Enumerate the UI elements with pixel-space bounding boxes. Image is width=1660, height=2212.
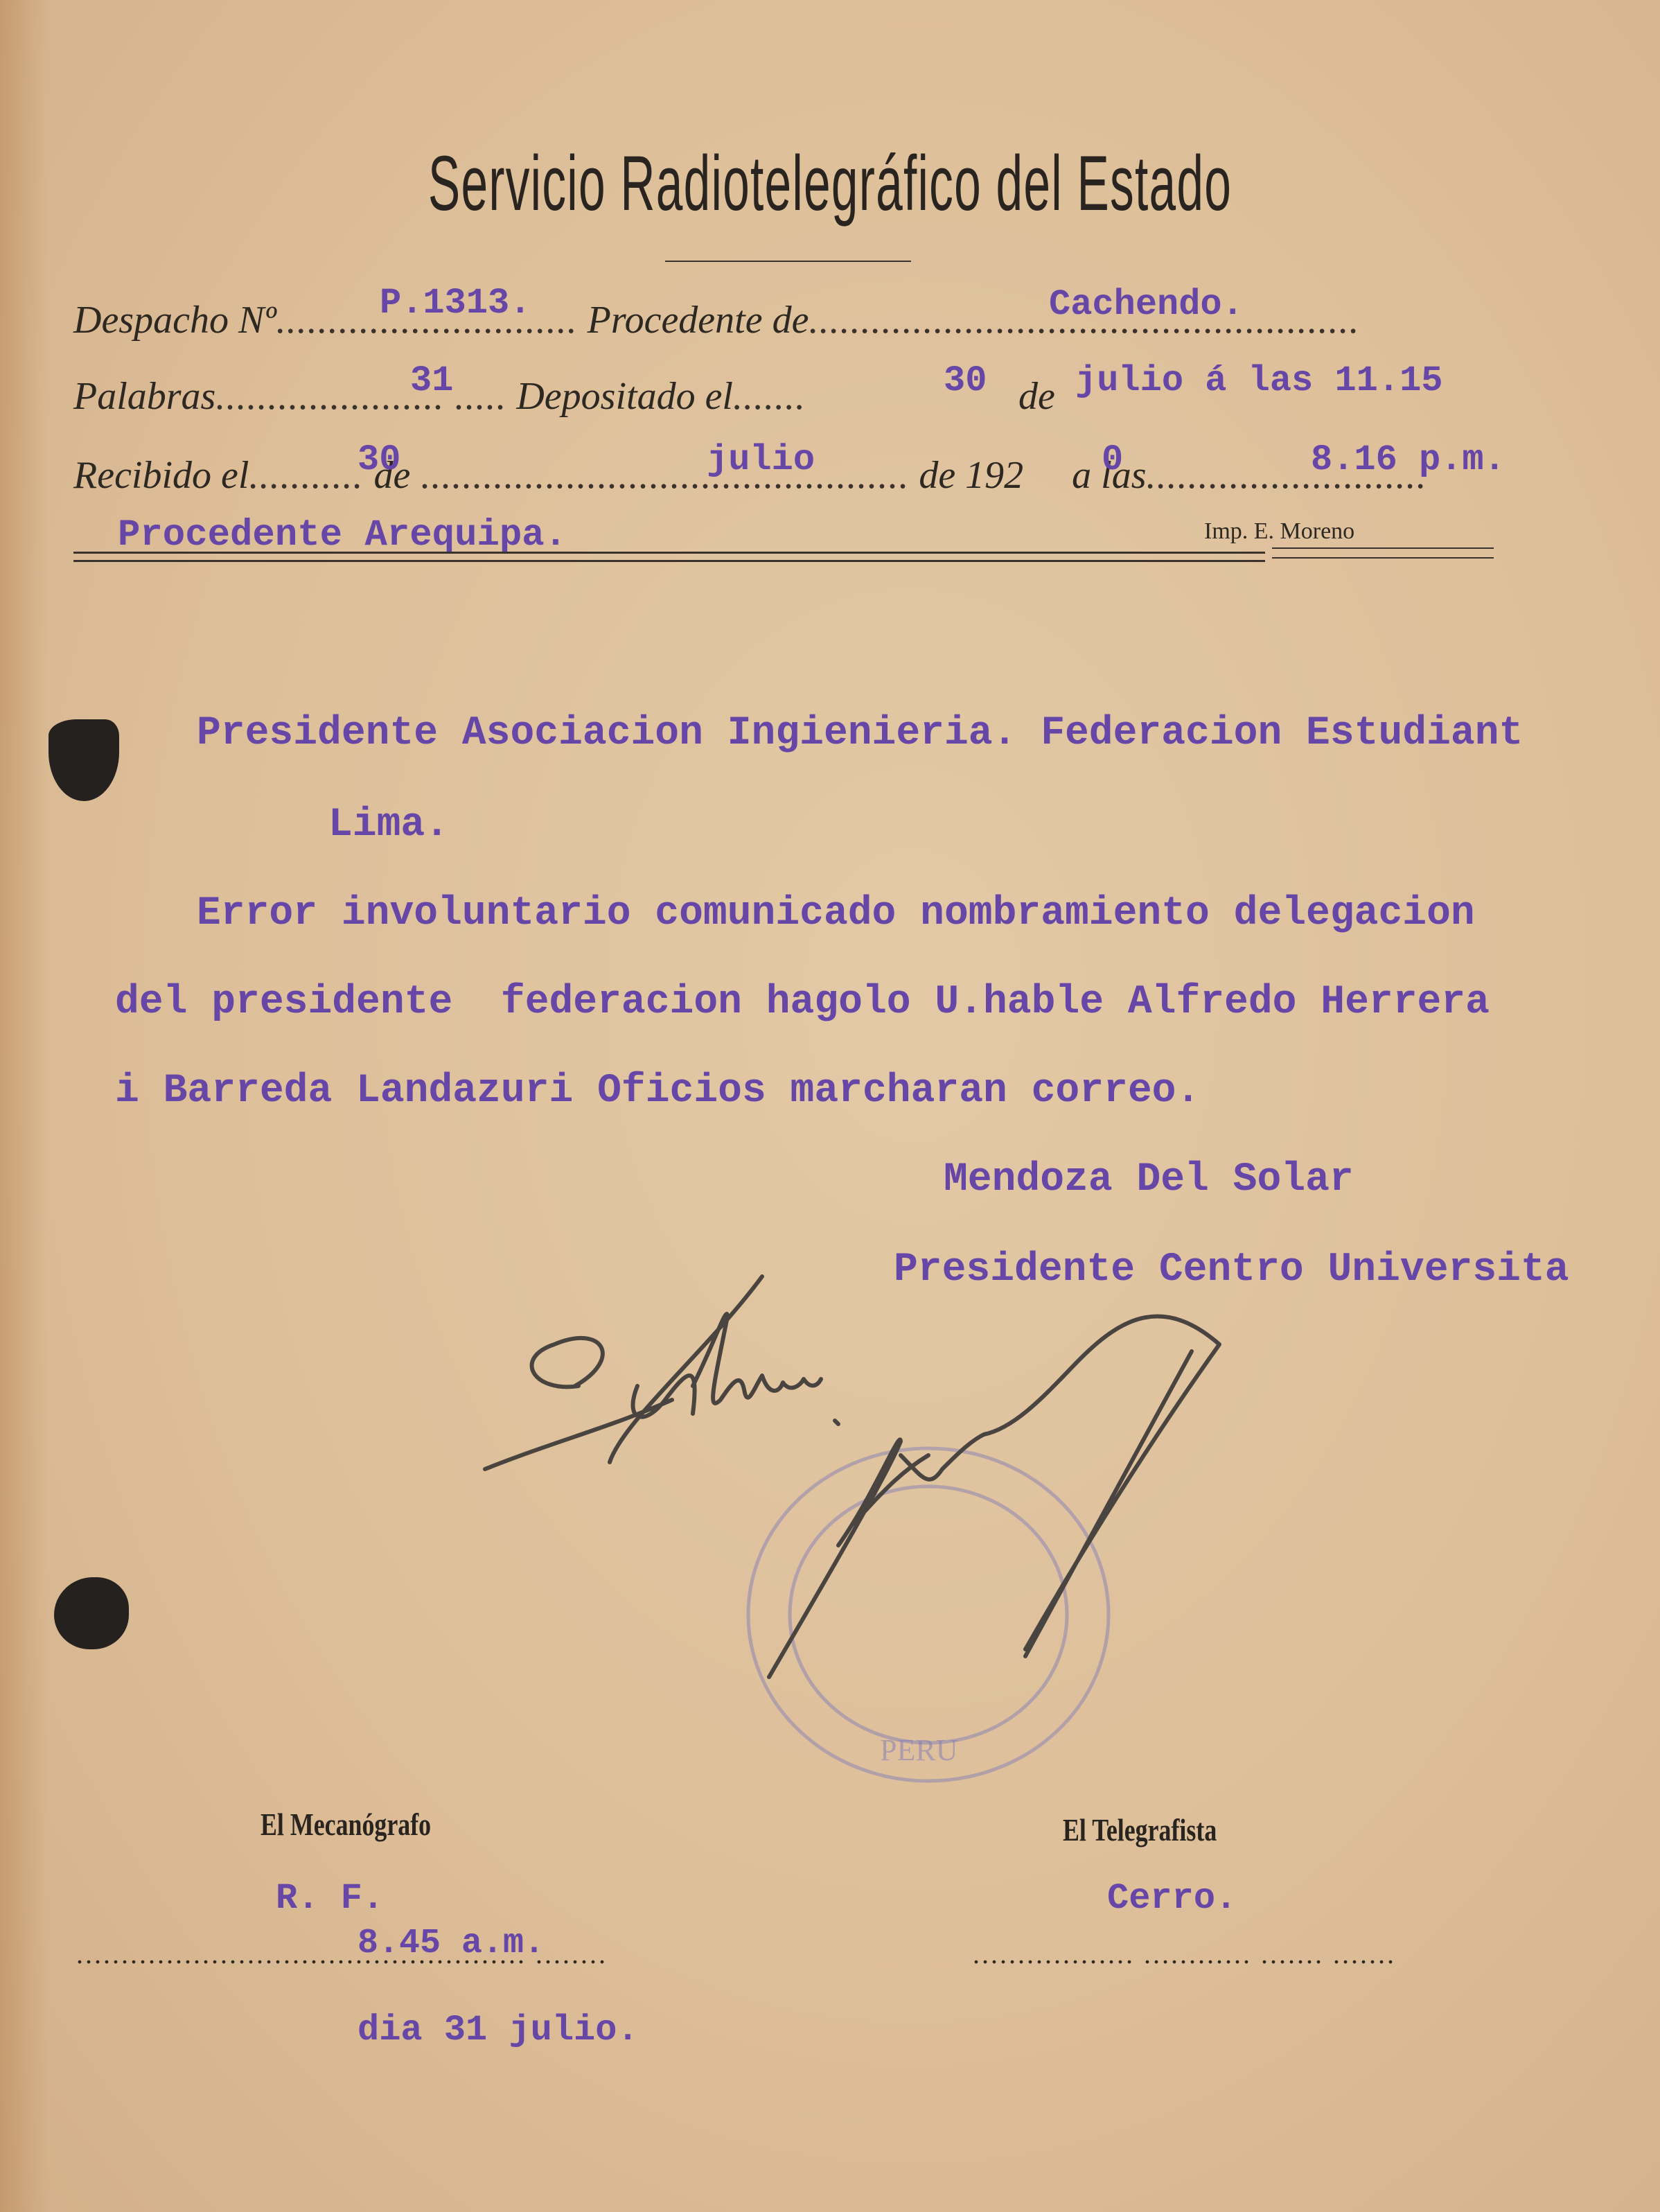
telegrafista-name: Cerro.: [1107, 1878, 1237, 1919]
telegrafista-label: El Telegrafista: [1063, 1811, 1217, 1848]
handwritten-signature: PERU: [0, 0, 1660, 2212]
mecanografo-date: dia 31 julio.: [357, 2010, 639, 2051]
mecanografo-label: El Mecanógrafo: [261, 1806, 431, 1843]
telegrafista-signature-line: .................. ............ ....... …: [973, 1938, 1396, 1970]
stamp-text: PERU: [880, 1733, 957, 1767]
mecanografo-signature-line: ........................................…: [76, 1938, 608, 1970]
mecanografo-initials: R. F.: [276, 1878, 384, 1919]
official-stamp-icon: [748, 1448, 1109, 1781]
